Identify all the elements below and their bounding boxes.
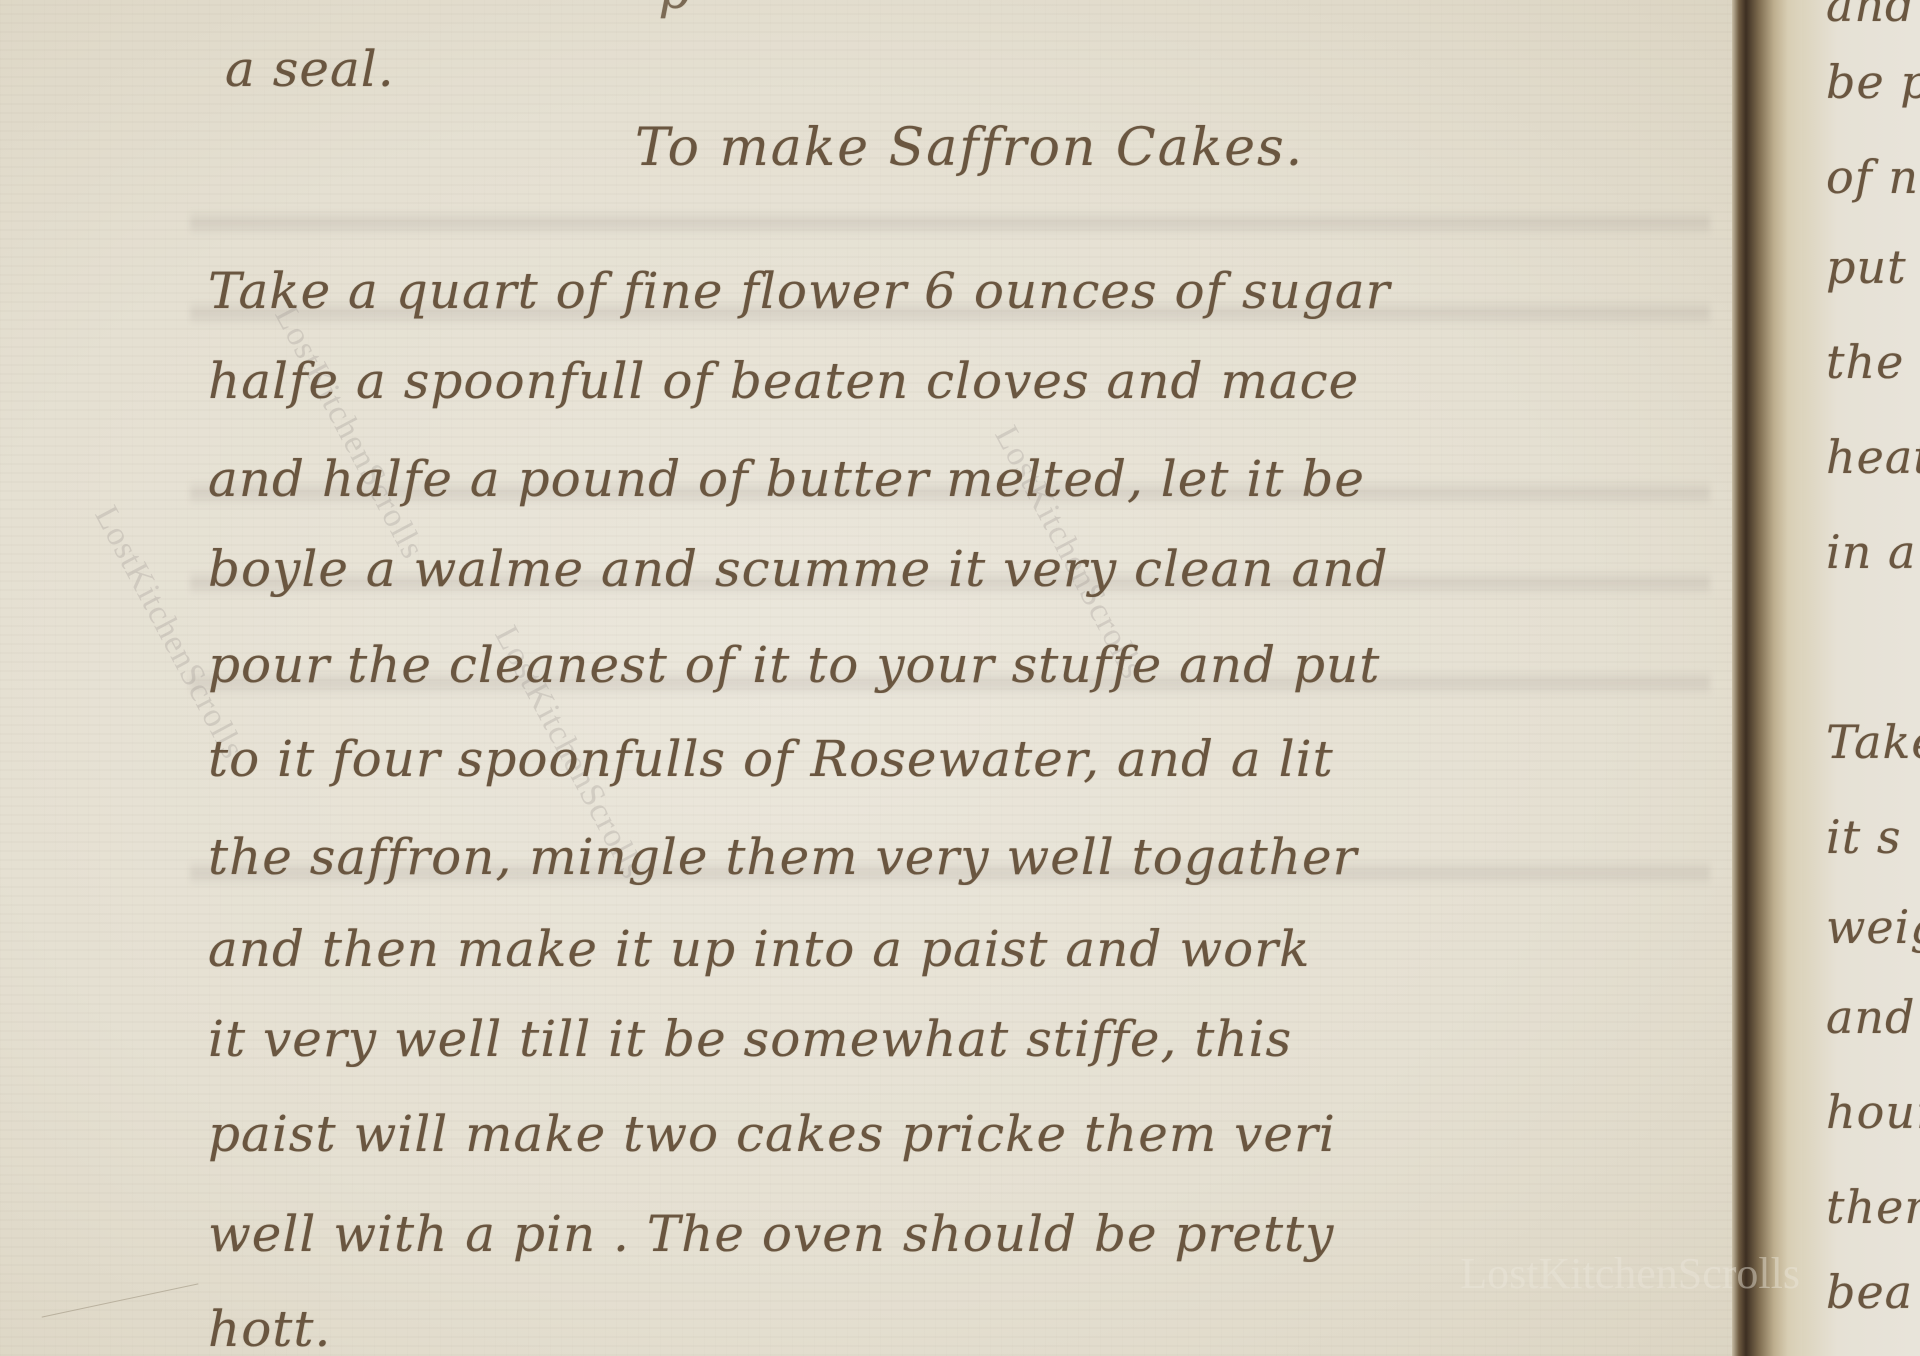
book-gutter — [1732, 0, 1802, 1356]
right-page-line: houn — [1826, 1085, 1920, 1139]
right-page-line: Take — [1826, 715, 1920, 769]
right-page-line: in a — [1826, 525, 1916, 579]
recipe-line: and then make it up into a paist and wor… — [208, 920, 1310, 978]
recipe-line: it very well till it be somewhat stiffe,… — [208, 1010, 1292, 1068]
bleed-through — [190, 210, 1710, 236]
right-page-line: weig — [1826, 900, 1920, 954]
diagonal-watermark: LostKitchenScrolls — [266, 300, 431, 566]
right-page-line: the — [1826, 335, 1904, 389]
right-page-line: and — [1826, 990, 1916, 1044]
right-page-line: put — [1826, 240, 1907, 294]
recipe-line: pour the cleanest of it to your stuffe a… — [208, 636, 1380, 694]
recipe-heading: To make Saffron Cakes. — [635, 118, 1304, 178]
left-page: LostKitchenScrolls LostKitchenScrolls Lo… — [0, 0, 1740, 1356]
right-page-line: of n — [1826, 150, 1919, 204]
recipe-line: hott. — [208, 1300, 331, 1356]
right-page-line: it s — [1826, 810, 1901, 864]
right-page-line: be p — [1826, 55, 1920, 109]
right-page-line: them — [1826, 1180, 1920, 1234]
right-page-line: heat — [1826, 430, 1920, 484]
recipe-line: halfe a spoonfull of beaten cloves and m… — [208, 352, 1359, 410]
recipe-line: and halfe a pound of butter melted, let … — [208, 450, 1365, 508]
corner-watermark: LostKitchenScrolls — [1460, 1248, 1800, 1299]
partial-top-line: ~ ~ ~ ~ ~ ~ ~ p ~ ~ ~ — [240, 0, 871, 20]
right-page-line: and — [1826, 0, 1916, 32]
right-page-line: bea — [1826, 1265, 1913, 1319]
right-page: and be p of n put the heat in a Take it … — [1802, 0, 1920, 1356]
paper-scratch — [42, 1283, 199, 1317]
recipe-line: paist will make two cakes pricke them ve… — [208, 1105, 1336, 1163]
recipe-line: Take a quart of fine flower 6 ounces of … — [208, 262, 1391, 320]
recipe-line: boyle a walme and scumme it very clean a… — [208, 540, 1388, 598]
recipe-line: the saffron, mingle them very well togat… — [208, 828, 1357, 886]
manuscript-spread: LostKitchenScrolls LostKitchenScrolls Lo… — [0, 0, 1920, 1356]
previous-recipe-end: a seal. — [225, 40, 395, 98]
recipe-line: well with a pin . The oven should be pre… — [208, 1205, 1334, 1263]
recipe-line: to it four spoonfulls of Rosewater, and … — [208, 730, 1334, 788]
